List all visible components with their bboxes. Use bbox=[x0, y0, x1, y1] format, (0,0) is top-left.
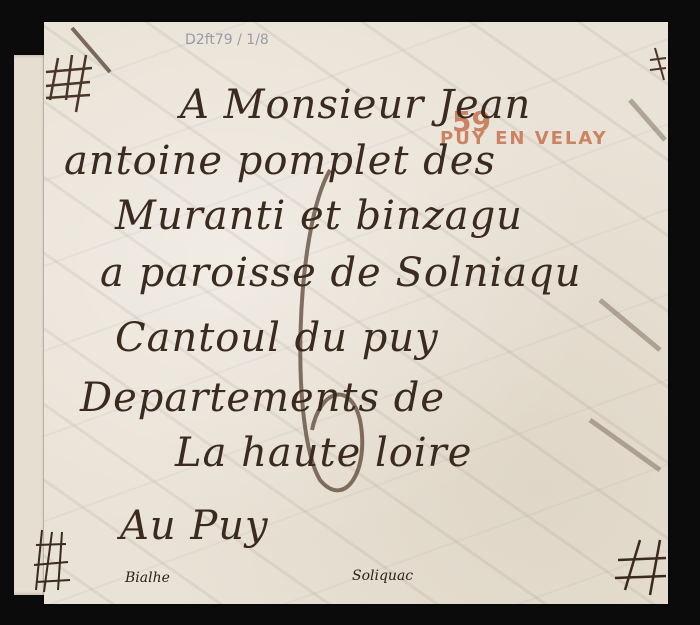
address-line-2: antoine pomplet des bbox=[64, 138, 496, 184]
address-line-7: La haute loire bbox=[175, 430, 472, 476]
note-bottom-left: Bialhe bbox=[125, 570, 170, 586]
address-line-5: Cantoul du puy bbox=[115, 315, 439, 361]
note-bottom-center: Soliquac bbox=[352, 568, 413, 584]
address-line-8: Au Puy bbox=[120, 503, 269, 549]
address-line-3: Muranti et binzagu bbox=[115, 193, 523, 239]
hatch-mark-bottom-left bbox=[34, 530, 70, 592]
address-line-6: Departements de bbox=[80, 375, 445, 421]
hatch-mark-top-left bbox=[46, 28, 110, 112]
hatch-mark-top-right bbox=[650, 48, 666, 80]
address-line-4: a paroisse de Solniaqu bbox=[100, 250, 582, 296]
pencil-note-top: D2ft79 / 1/8 bbox=[185, 32, 269, 48]
hatch-mark-bottom-right bbox=[615, 540, 666, 595]
diagonal-bleed-strokes bbox=[590, 100, 665, 470]
address-line-1: A Monsieur Jean bbox=[180, 82, 531, 128]
